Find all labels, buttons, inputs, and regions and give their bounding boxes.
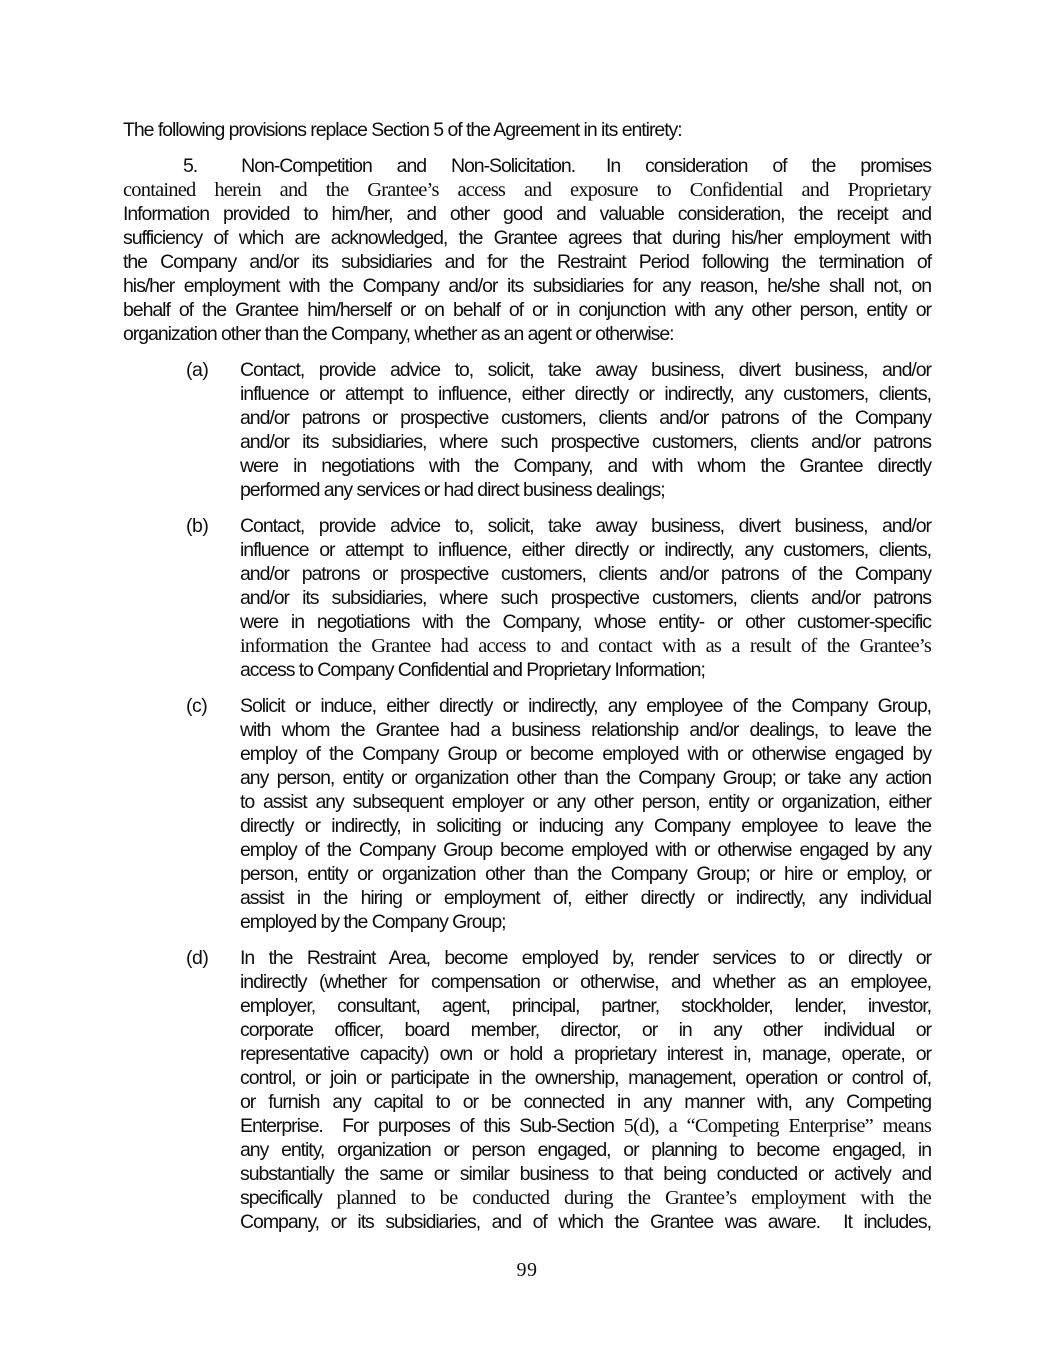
text-line: The following provisions replace Section… bbox=[123, 118, 931, 142]
text-line: sufficiency of which are acknowledged, t… bbox=[123, 226, 931, 250]
text-segment: Non-Competition and Non-Solicitation. bbox=[241, 155, 575, 177]
text-segment: In the Restraint Area, become employed b… bbox=[240, 947, 931, 969]
subsection-b: (b) Contact, provide advice to, solicit,… bbox=[123, 514, 931, 682]
text-line: Contact, provide advice to, solicit, tak… bbox=[240, 514, 931, 538]
text-segment: specifically bbox=[240, 1187, 322, 1209]
text-line: employed by the Company Group; bbox=[240, 910, 931, 934]
text-segment: influence or attempt to influence, eithe… bbox=[240, 383, 931, 405]
text-line: and/or its subsidiaries, where such pros… bbox=[240, 430, 931, 454]
text-segment: any entity, organization or person engag… bbox=[240, 1139, 931, 1161]
text-segment: with whom the Grantee had a business rel… bbox=[240, 719, 931, 741]
text-line: the Company and/or its subsidiaries and … bbox=[123, 250, 931, 274]
intro-paragraph: The following provisions replace Section… bbox=[123, 118, 931, 142]
subsection-a: (a) Contact, provide advice to, solicit,… bbox=[123, 358, 931, 502]
text-segment: or furnish any capital to or be connecte… bbox=[240, 1091, 931, 1113]
subsection-c-label: (c) bbox=[186, 694, 207, 718]
text-segment: Solicit or induce, either directly or in… bbox=[240, 695, 931, 717]
subsection-b-body: Contact, provide advice to, solicit, tak… bbox=[240, 514, 931, 682]
text-segment: directly or indirectly, in soliciting or… bbox=[240, 815, 931, 837]
text-line: substantially the same or similar busine… bbox=[240, 1162, 931, 1186]
text-segment: corporate officer, board member, directo… bbox=[240, 1019, 931, 1041]
text-segment: behalf of the Grantee him/herself or on … bbox=[123, 299, 931, 321]
text-line: were in negotiations with the Company, w… bbox=[240, 610, 931, 634]
text-segment: representative capacity) own or hold a p… bbox=[240, 1043, 931, 1065]
text-segment: 5. bbox=[183, 155, 197, 177]
text-segment: employed by the Company Group; bbox=[240, 911, 506, 933]
text-segment: person, entity or organization other tha… bbox=[240, 863, 931, 885]
subsection-d-label: (d) bbox=[186, 946, 208, 970]
text-line: performed any services or had direct bus… bbox=[240, 478, 931, 502]
subsection-a-label: (a) bbox=[186, 358, 208, 382]
text-segment: employer, consultant, agent, principal, … bbox=[240, 995, 931, 1017]
text-line: representative capacity) own or hold a p… bbox=[240, 1042, 931, 1066]
text-line: Information provided to him/her, and oth… bbox=[123, 202, 931, 226]
text-line: any entity, organization or person engag… bbox=[240, 1138, 931, 1162]
serif-text-segment: planned to be conducted during the Grant… bbox=[322, 1187, 931, 1209]
text-line: and/or patrons or prospective customers,… bbox=[240, 406, 931, 430]
text-line: Solicit or induce, either directly or in… bbox=[240, 694, 931, 718]
text-line: person, entity or organization other tha… bbox=[240, 862, 931, 886]
text-segment: In consideration of the promises bbox=[581, 155, 931, 177]
text-line: employ of the Company Group become emplo… bbox=[240, 838, 931, 862]
text-line: assist in the hiring or employment of, e… bbox=[240, 886, 931, 910]
page-number: 99 bbox=[123, 1258, 931, 1282]
text-segment: assist in the hiring or employment of, e… bbox=[240, 887, 931, 909]
text-segment: performed any services or had direct bus… bbox=[240, 479, 665, 501]
subsection-c: (c) Solicit or induce, either directly o… bbox=[123, 694, 931, 934]
text-segment: The following provisions replace Section… bbox=[123, 119, 682, 141]
text-segment: Company, or its subsidiaries, and of whi… bbox=[240, 1211, 931, 1233]
text-line: influence or attempt to influence, eithe… bbox=[240, 382, 931, 406]
text-segment: and/or patrons or prospective customers,… bbox=[240, 407, 931, 429]
text-segment: sufficiency of which are acknowledged, t… bbox=[123, 227, 931, 249]
text-line: information the Grantee had access to an… bbox=[240, 634, 931, 658]
text-segment: control, or join or participate in the o… bbox=[240, 1067, 931, 1089]
text-line: Enterprise. For purposes of this Sub-Sec… bbox=[240, 1114, 931, 1138]
text-segment: his/her employment with the Company and/… bbox=[123, 275, 931, 297]
text-line: control, or join or participate in the o… bbox=[240, 1066, 931, 1090]
text-line: Contact, provide advice to, solicit, tak… bbox=[240, 358, 931, 382]
text-line: and/or patrons or prospective customers,… bbox=[240, 562, 931, 586]
text-line: were in negotiations with the Company, a… bbox=[240, 454, 931, 478]
text-segment: the Company and/or its subsidiaries and … bbox=[123, 251, 931, 273]
subsection-a-body: Contact, provide advice to, solicit, tak… bbox=[240, 358, 931, 502]
serif-text-segment: contained herein and the Grantee’s acces… bbox=[123, 179, 931, 201]
text-segment: were in negotiations with the Company, a… bbox=[240, 455, 931, 477]
text-line: directly or indirectly, in soliciting or… bbox=[240, 814, 931, 838]
subsection-d: (d) In the Restraint Area, become employ… bbox=[123, 946, 931, 1234]
text-segment: employ of the Company Group or become em… bbox=[240, 743, 931, 765]
text-segment: and/or its subsidiaries, where such pros… bbox=[240, 431, 931, 453]
serif-text-segment: 5(d), a “Competing Enterprise” means bbox=[624, 1115, 931, 1137]
subsection-c-body: Solicit or induce, either directly or in… bbox=[240, 694, 931, 934]
text-segment: and/or patrons or prospective customers,… bbox=[240, 563, 931, 585]
section-5-paragraph: 5.Non-Competition and Non-Solicitation. … bbox=[123, 154, 931, 346]
text-line: with whom the Grantee had a business rel… bbox=[240, 718, 931, 742]
text-segment: Contact, provide advice to, solicit, tak… bbox=[240, 515, 931, 537]
text-line: 5.Non-Competition and Non-Solicitation. … bbox=[123, 154, 931, 178]
text-segment: organization other than the Company, whe… bbox=[123, 323, 674, 345]
text-line: specifically planned to be conducted dur… bbox=[240, 1186, 931, 1210]
text-line: indirectly (whether for compensation or … bbox=[240, 970, 931, 994]
text-segment: indirectly (whether for compensation or … bbox=[240, 971, 931, 993]
text-line: his/her employment with the Company and/… bbox=[123, 274, 931, 298]
text-line: any person, entity or organization other… bbox=[240, 766, 931, 790]
document-page: The following provisions replace Section… bbox=[0, 0, 1055, 1365]
text-segment: substantially the same or similar busine… bbox=[240, 1163, 931, 1185]
text-segment: Contact, provide advice to, solicit, tak… bbox=[240, 359, 931, 381]
text-segment: access to Company Confidential and Propr… bbox=[240, 659, 705, 681]
text-line: to assist any subsequent employer or any… bbox=[240, 790, 931, 814]
text-segment: were in negotiations with the Company, w… bbox=[240, 611, 931, 633]
text-line: organization other than the Company, whe… bbox=[123, 322, 931, 346]
text-line: behalf of the Grantee him/herself or on … bbox=[123, 298, 931, 322]
text-segment: to assist any subsequent employer or any… bbox=[240, 791, 931, 813]
text-line: influence or attempt to influence, eithe… bbox=[240, 538, 931, 562]
text-segment: any person, entity or organization other… bbox=[240, 767, 931, 789]
text-line: and/or its subsidiaries, where such pros… bbox=[240, 586, 931, 610]
serif-text-segment: information the Grantee had access to an… bbox=[240, 635, 931, 657]
text-line: contained herein and the Grantee’s acces… bbox=[123, 178, 931, 202]
text-line: employer, consultant, agent, principal, … bbox=[240, 994, 931, 1018]
text-line: Company, or its subsidiaries, and of whi… bbox=[240, 1210, 931, 1234]
text-segment: Information provided to him/her, and oth… bbox=[123, 203, 931, 225]
text-line: access to Company Confidential and Propr… bbox=[240, 658, 931, 682]
text-line: corporate officer, board member, directo… bbox=[240, 1018, 931, 1042]
subsection-d-body: In the Restraint Area, become employed b… bbox=[240, 946, 931, 1234]
text-line: In the Restraint Area, become employed b… bbox=[240, 946, 931, 970]
text-line: or furnish any capital to or be connecte… bbox=[240, 1090, 931, 1114]
text-segment: influence or attempt to influence, eithe… bbox=[240, 539, 931, 561]
document-content: The following provisions replace Section… bbox=[123, 118, 931, 1282]
text-segment: and/or its subsidiaries, where such pros… bbox=[240, 587, 931, 609]
text-line: employ of the Company Group or become em… bbox=[240, 742, 931, 766]
text-segment: Enterprise. For purposes of this Sub-Sec… bbox=[240, 1115, 624, 1137]
subsection-b-label: (b) bbox=[186, 514, 208, 538]
text-segment: employ of the Company Group become emplo… bbox=[240, 839, 931, 861]
